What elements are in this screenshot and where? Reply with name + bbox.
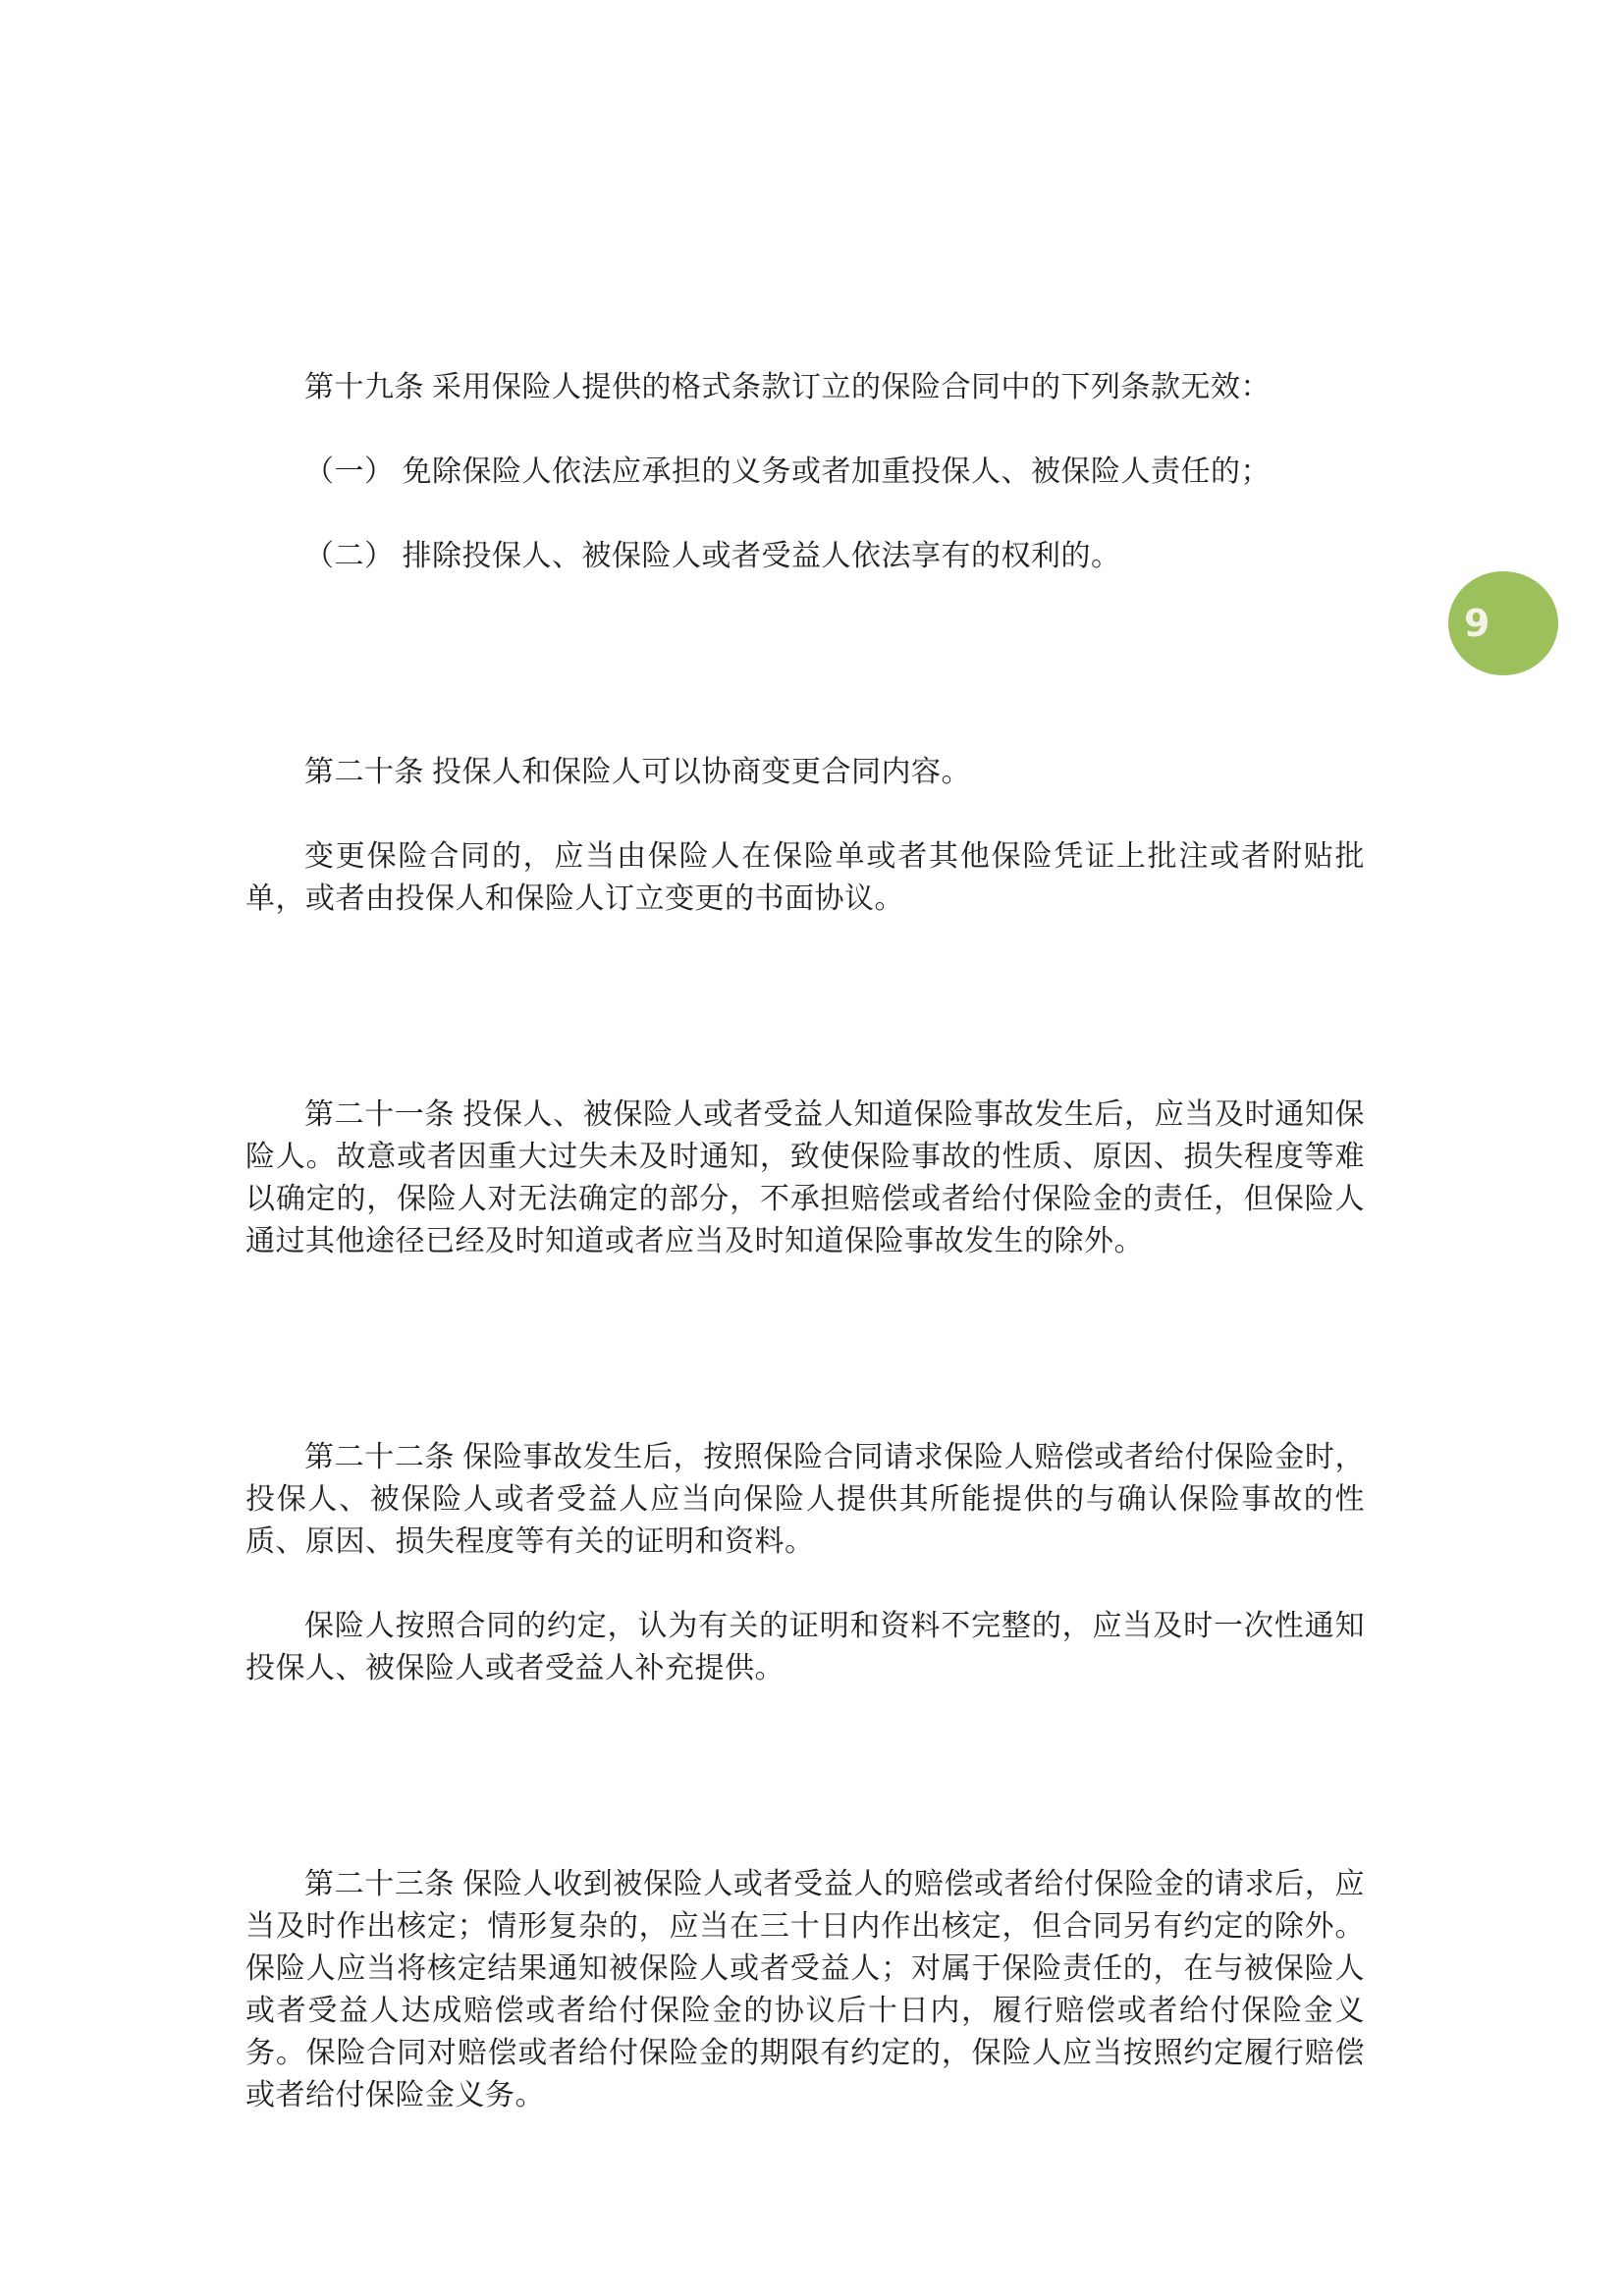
- paragraph-article-19-item-2: （二） 排除投保人、被保险人或者受益人依法享有的权利的。: [245, 535, 1365, 577]
- document-body: 第十九条 采用保险人提供的格式条款订立的保险合同中的下列条款无效： （一） 免除…: [245, 366, 1365, 2116]
- paragraph-article-21: 第二十一条 投保人、被保险人或者受益人知道保险事故发生后，应当及时通知保险人。故…: [245, 1094, 1365, 1262]
- paragraph-article-22: 第二十二条 保险事故发生后，按照保险合同请求保险人赔偿或者给付保险金时，投保人、…: [245, 1436, 1365, 1563]
- paragraph-article-23: 第二十三条 保险人收到被保险人或者受益人的赔偿或者给付保险金的请求后，应当及时作…: [245, 1863, 1365, 2116]
- paragraph-article-20-para-2: 变更保险合同的，应当由保险人在保险单或者其他保险凭证上批注或者附贴批单，或者由投…: [245, 835, 1365, 920]
- page-number: 9: [1448, 605, 1489, 642]
- paragraph-article-20: 第二十条 投保人和保险人可以协商变更合同内容。: [245, 751, 1365, 793]
- page-number-badge: 9: [1448, 571, 1558, 675]
- paragraph-article-19-item-1: （一） 免除保险人依法应承担的义务或者加重投保人、被保险人责任的；: [245, 451, 1365, 493]
- document-page: 第十九条 采用保险人提供的格式条款订立的保险合同中的下列条款无效： （一） 免除…: [0, 0, 1624, 2296]
- paragraph-article-22-para-2: 保险人按照合同的约定，认为有关的证明和资料不完整的，应当及时一次性通知投保人、被…: [245, 1605, 1365, 1689]
- paragraph-article-19: 第十九条 采用保险人提供的格式条款订立的保险合同中的下列条款无效：: [245, 366, 1365, 408]
